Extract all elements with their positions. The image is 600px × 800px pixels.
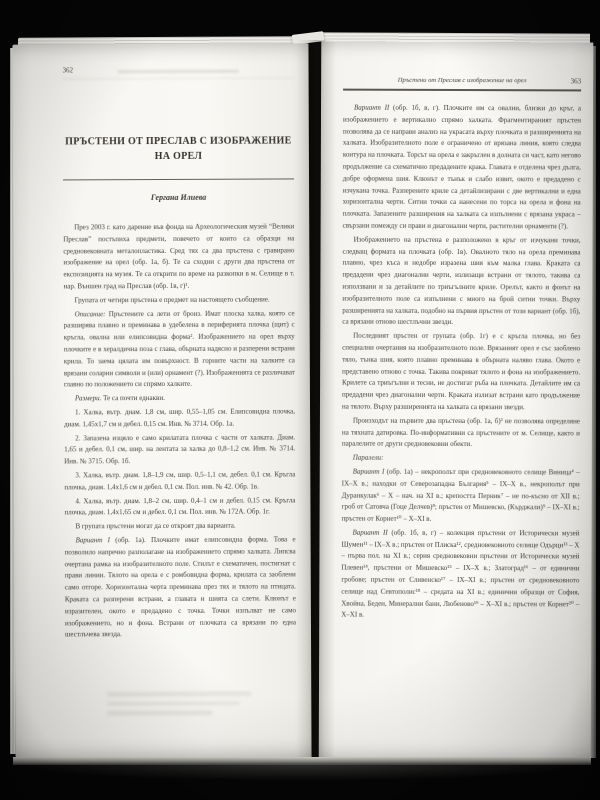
left-page-content: 362 ПРЪСТЕНИ ОТ ПРЕСЛАВ С ИЗОБРАЖЕНИЕ НА… <box>63 65 297 758</box>
paragraph: 2. Запазена изцяло е само крилатата плоч… <box>64 432 295 468</box>
book-photo: 362 ПРЪСТЕНИ ОТ ПРЕСЛАВ С ИЗОБРАЖЕНИЕ НА… <box>0 0 600 800</box>
running-head: Пръстени от Преслав с изображение на оре… <box>398 77 527 84</box>
paragraph: Вариант II (обр. 1б, в, г) – колекция пр… <box>341 527 579 622</box>
paragraph: През 2003 г. като дарение във фонда на А… <box>63 221 294 293</box>
paragraph: 3. Халка, вътр. диам. 1,8–1,9 см, шир. 0… <box>64 469 295 494</box>
paragraph: Вариант I (обр. 1а). Плочките имат елипс… <box>65 534 296 641</box>
book-shadow <box>6 763 594 781</box>
author-name: Гергана Илиева <box>63 192 294 202</box>
page-number: 362 <box>63 65 294 74</box>
left-page: 362 ПРЪСТЕНИ ОТ ПРЕСЛАВ С ИЗОБРАЖЕНИЕ НА… <box>12 43 311 758</box>
paragraph: 4. Халка, вътр. диам. 1,8–2 см, шир. 0,4… <box>64 495 295 520</box>
paragraph: Групата от четири пръстена е предмет на … <box>64 294 295 307</box>
paragraph: Вариант II (обр. 1б, в, г). Плочките им … <box>343 103 581 234</box>
left-page-body: През 2003 г. като дарение във фонда на А… <box>63 221 296 641</box>
title-rule <box>63 178 294 180</box>
article-title-line2: НА ОРЕЛ <box>63 148 294 164</box>
paragraph: Изображението на пръстена е разположено … <box>342 234 580 329</box>
article-title: ПРЪСТЕНИ ОТ ПРЕСЛАВ С ИЗОБРАЖЕНИЕ НА ОРЕ… <box>63 133 294 164</box>
paragraph: Паралели: <box>342 453 580 466</box>
paragraph: Размери. Те са почти еднакви. <box>64 393 295 406</box>
right-page: Пръстени от Преслав с изображение на оре… <box>319 42 594 761</box>
paragraph: В групата пръстени могат да се откроят д… <box>65 521 296 534</box>
running-head-row: Пръстени от Преслав с изображение на оре… <box>343 76 581 87</box>
paragraph: Произходът на първите два пръстена (обр.… <box>342 415 580 451</box>
paragraph: Вариант I (обр. 1а) – некрополът при сре… <box>342 467 580 527</box>
page-number: 363 <box>571 76 582 86</box>
paragraph: Последният пръстен от групата (обр. 1г) … <box>342 331 580 414</box>
article-title-line1: ПРЪСТЕНИ ОТ ПРЕСЛАВ С ИЗОБРАЖЕНИЕ <box>63 133 294 149</box>
paragraph: 1. Халка, вътр. диам. 1,8 см, шир. 0,55–… <box>64 406 295 431</box>
paragraph: Описание: Пръстените са лети от бронз. И… <box>64 308 295 392</box>
header-rule <box>343 89 581 92</box>
right-page-content: Пръстени от Преслав с изображение на оре… <box>341 76 581 761</box>
right-page-body: Вариант II (обр. 1б, в, г). Плочките им … <box>341 103 581 623</box>
